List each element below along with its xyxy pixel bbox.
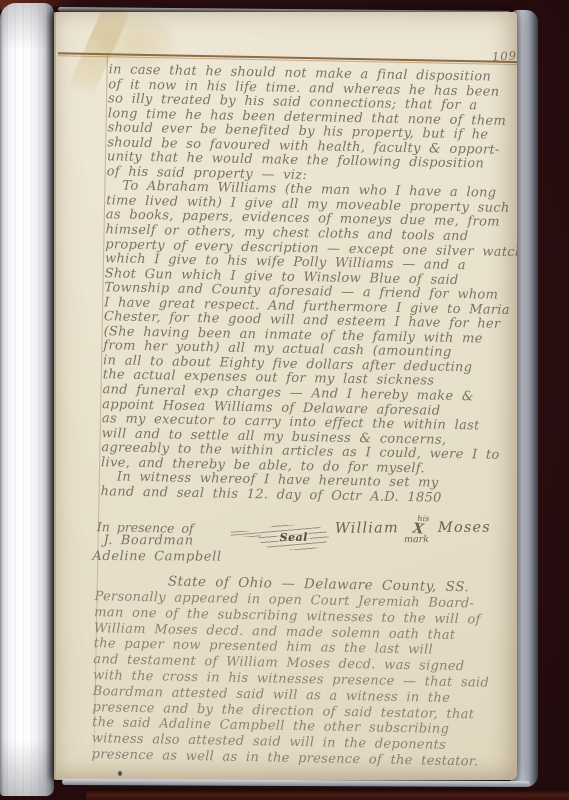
ledger-page: 109. in case that he should not make a f…	[54, 12, 517, 780]
plastic-sleeve-bottom-edge	[62, 779, 530, 787]
ink-speck	[118, 771, 122, 776]
probate-text: Personally appeared in open Court Jeremi…	[91, 589, 506, 771]
witness-name: J. Boardman	[103, 533, 221, 550]
book-page-stack-edge	[0, 3, 54, 796]
seal-label: Seal	[276, 531, 310, 545]
witness-list: J. BoardmanAdeline Campbell	[92, 533, 221, 566]
will-text: in case that he should not make a final …	[100, 63, 512, 507]
header-rule-line	[58, 52, 517, 63]
book-photo: 109. in case that he should not make a f…	[0, 0, 569, 800]
testator-surname: Moses	[438, 513, 491, 543]
mark-label-mark: mark	[404, 535, 429, 545]
testator-given-name: William	[335, 513, 399, 543]
testator-signature: William his X mark Moses	[335, 513, 491, 546]
page-content: 109. in case that he should not make a f…	[54, 12, 517, 780]
his-mark: his X mark	[406, 515, 431, 545]
page-number: 109.	[492, 48, 517, 63]
witness-name: Adeline Campbell	[92, 549, 221, 566]
seal-stamp: Seal	[259, 524, 329, 550]
book-cover-bottom-band	[86, 789, 569, 800]
seal-flourish	[231, 531, 261, 538]
